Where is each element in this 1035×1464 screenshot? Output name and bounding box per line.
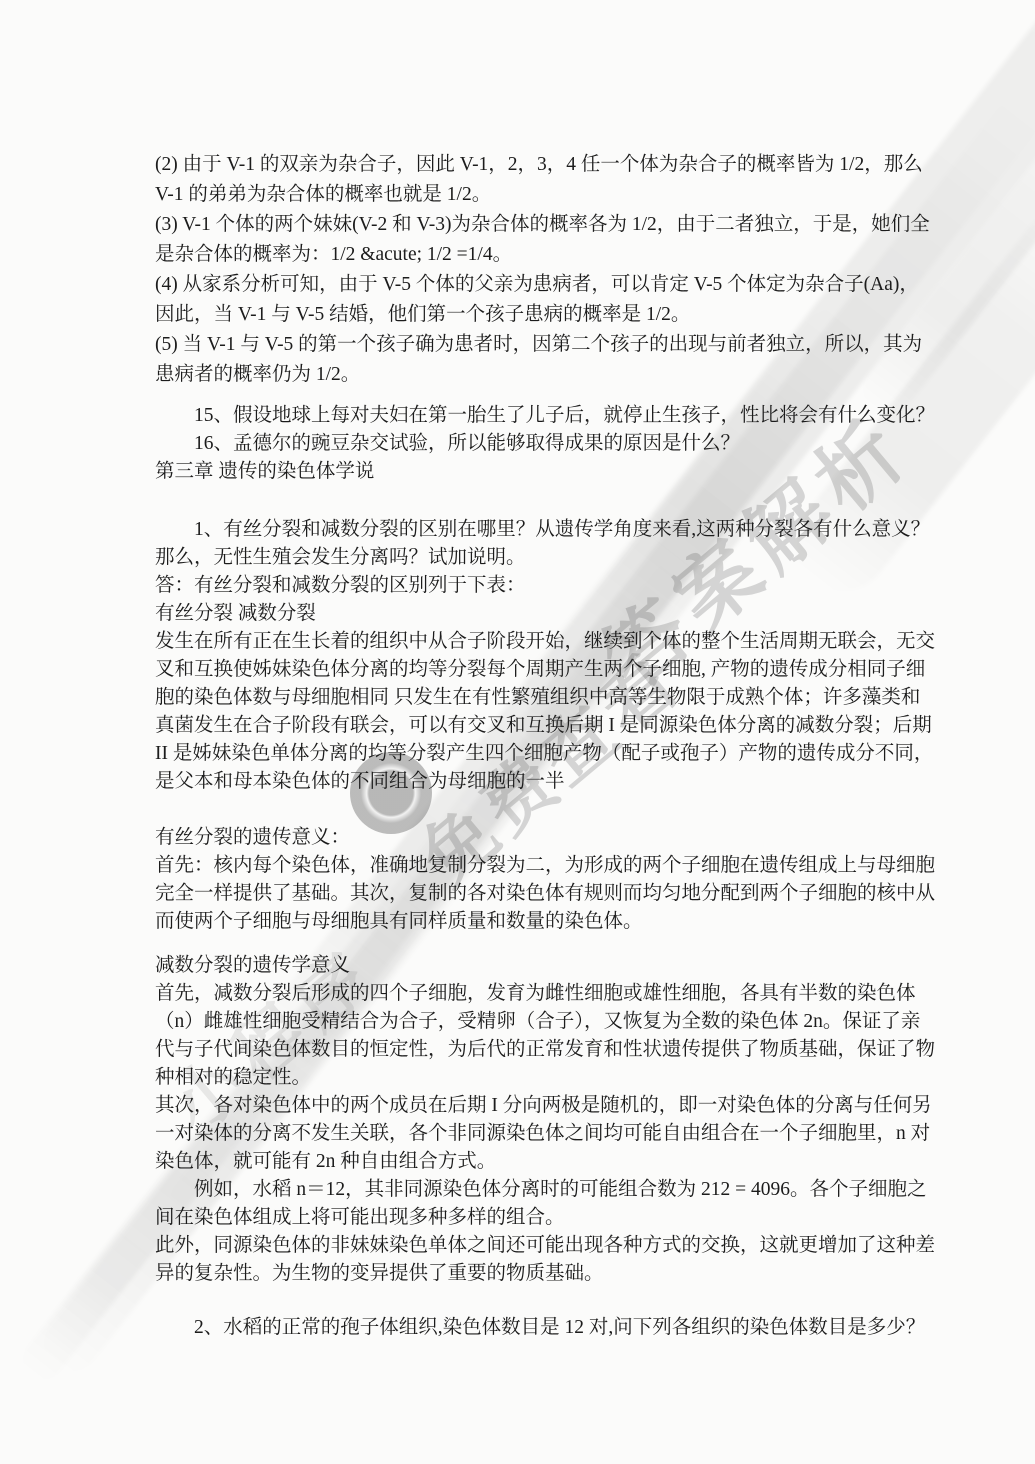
mitosis-genetic-significance: 有丝分裂的遗传意义：首先：核内每个染色体，准确地复制分裂为二，为形成的两个子细胞… [155, 824, 900, 936]
text-line: 异的复杂性。为生物的变异提供了重要的物质基础。 [155, 1260, 900, 1288]
text-line: 一对染体的分离不发生关联，各个非同源染色体之间均可能自由组合在一个子细胞里，n … [155, 1120, 900, 1148]
text-line: 患病者的概率仍为 1/2。 [155, 360, 900, 390]
text-line: II 是姊妹染色单体分离的均等分裂产生四个细胞产物（配子或孢子）产物的遗传成分不… [155, 740, 900, 768]
document-page: 小程序 免费查看 答案解析 (2) 由于 V-1 的双亲为杂合子，因此 V-1，… [0, 0, 1035, 1464]
text-line: 而使两个子细胞与母细胞具有同样质量和数量的染色体。 [155, 908, 900, 936]
text-line: 发生在所有正在生长着的组织中从合子阶段开始，继续到个体的整个生活周期无联会，无交 [155, 628, 900, 656]
text-line: (4) 从家系分析可知，由于 V-5 个体的父亲为患病者，可以肯定 V-5 个体… [155, 270, 900, 300]
probability-answer-items: (2) 由于 V-1 的双亲为杂合子，因此 V-1，2，3，4 任一个体为杂合子… [155, 150, 900, 390]
text-line: 此外，同源染色体的非妹妹染色单体之间还可能出现各种方式的交换，这就更增加了这种差 [155, 1232, 900, 1260]
text-line: 种相对的稳定性。 [155, 1064, 900, 1092]
text-line: 例如，水稻 n＝12，其非同源染色体分离时的可能组合数为 212 = 4096。… [155, 1176, 900, 1204]
text-line: 有丝分裂的遗传意义： [155, 824, 900, 852]
meiosis-genetic-significance: 减数分裂的遗传学意义首先，减数分裂后形成的四个子细胞，发育为雌性细胞或雄性细胞，… [155, 952, 900, 1288]
text-line: 1、有丝分裂和减数分裂的区别在哪里？从遗传学角度来看,这两种分裂各有什么意义？ [155, 516, 900, 544]
document-body: (2) 由于 V-1 的双亲为杂合子，因此 V-1，2，3，4 任一个体为杂合子… [155, 150, 900, 1342]
q1-mitosis-meiosis-difference-answer: 1、有丝分裂和减数分裂的区别在哪里？从遗传学角度来看,这两种分裂各有什么意义？那… [155, 516, 900, 796]
text-line: 染色体，就可能有 2n 种自由组合方式。 [155, 1148, 900, 1176]
text-line: 代与子代间染色体数目的恒定性，为后代的正常发育和性状遗传提供了物质基础，保证了物 [155, 1036, 900, 1064]
text-line: 15、假设地球上每对夫妇在第一胎生了儿子后，就停止生孩子，性比将会有什么变化？ [155, 402, 900, 430]
text-line: (2) 由于 V-1 的双亲为杂合子，因此 V-1，2，3，4 任一个体为杂合子… [155, 150, 900, 180]
text-line: 那么，无性生殖会发生分离吗？试加说明。 [155, 544, 900, 572]
question-2-rice-chromosomes: 2、水稻的正常的孢子体组织,染色体数目是 12 对,问下列各组织的染色体数目是多… [155, 1314, 900, 1342]
text-line: 答：有丝分裂和减数分裂的区别列于下表： [155, 572, 900, 600]
text-line: 叉和互换使姊妹染色体分离的均等分裂每个周期产生两个子细胞, 产物的遗传成分相同子… [155, 656, 900, 684]
text-line: 16、孟德尔的豌豆杂交试验，所以能够取得成果的原因是什么？ [155, 430, 900, 458]
text-line: 有丝分裂 减数分裂 [155, 600, 900, 628]
text-line: 其次，各对染色体中的两个成员在后期 I 分向两极是随机的，即一对染色体的分离与任… [155, 1092, 900, 1120]
text-line: 首先，减数分裂后形成的四个子细胞，发育为雌性细胞或雄性细胞，各具有半数的染色体 [155, 980, 900, 1008]
text-line: 2、水稻的正常的孢子体组织,染色体数目是 12 对,问下列各组织的染色体数目是多… [155, 1314, 900, 1342]
text-line: 减数分裂的遗传学意义 [155, 952, 900, 980]
text-line: 是父本和母本染色体的不同组合为母细胞的一半 [155, 768, 900, 796]
text-line: 第三章 遗传的染色体学说 [155, 458, 900, 486]
text-line: 因此，当 V-1 与 V-5 结婚，他们第一个孩子患病的概率是 1/2。 [155, 300, 900, 330]
text-line: 间在染色体组成上将可能出现多种多样的组合。 [155, 1204, 900, 1232]
text-line: 首先：核内每个染色体，准确地复制分裂为二，为形成的两个子细胞在遗传组成上与母细胞 [155, 852, 900, 880]
text-line: 完全一样提供了基础。其次，复制的各对染色体有规则而均匀地分配到两个子细胞的核中从 [155, 880, 900, 908]
text-line: （n）雌雄性细胞受精结合为合子，受精卵（合子），又恢复为全数的染色体 2n。保证… [155, 1008, 900, 1036]
questions-15-16-and-chapter-heading: 15、假设地球上每对夫妇在第一胎生了儿子后，就停止生孩子，性比将会有什么变化？1… [155, 402, 900, 486]
text-line: 胞的染色体数与母细胞相同 只发生在有性繁殖组织中高等生物限于成熟个体；许多藻类和 [155, 684, 900, 712]
text-line: V-1 的弟弟为杂合体的概率也就是 1/2。 [155, 180, 900, 210]
text-line: 是杂合体的概率为：1/2 &acute; 1/2 =1/4。 [155, 240, 900, 270]
text-line: (3) V-1 个体的两个妹妹(V-2 和 V-3)为杂合体的概率各为 1/2，… [155, 210, 900, 240]
text-line: 真菌发生在合子阶段有联会，可以有交叉和互换后期 I 是同源染色体分离的减数分裂；… [155, 712, 900, 740]
text-line: (5) 当 V-1 与 V-5 的第一个孩子确为患者时，因第二个孩子的出现与前者… [155, 330, 900, 360]
